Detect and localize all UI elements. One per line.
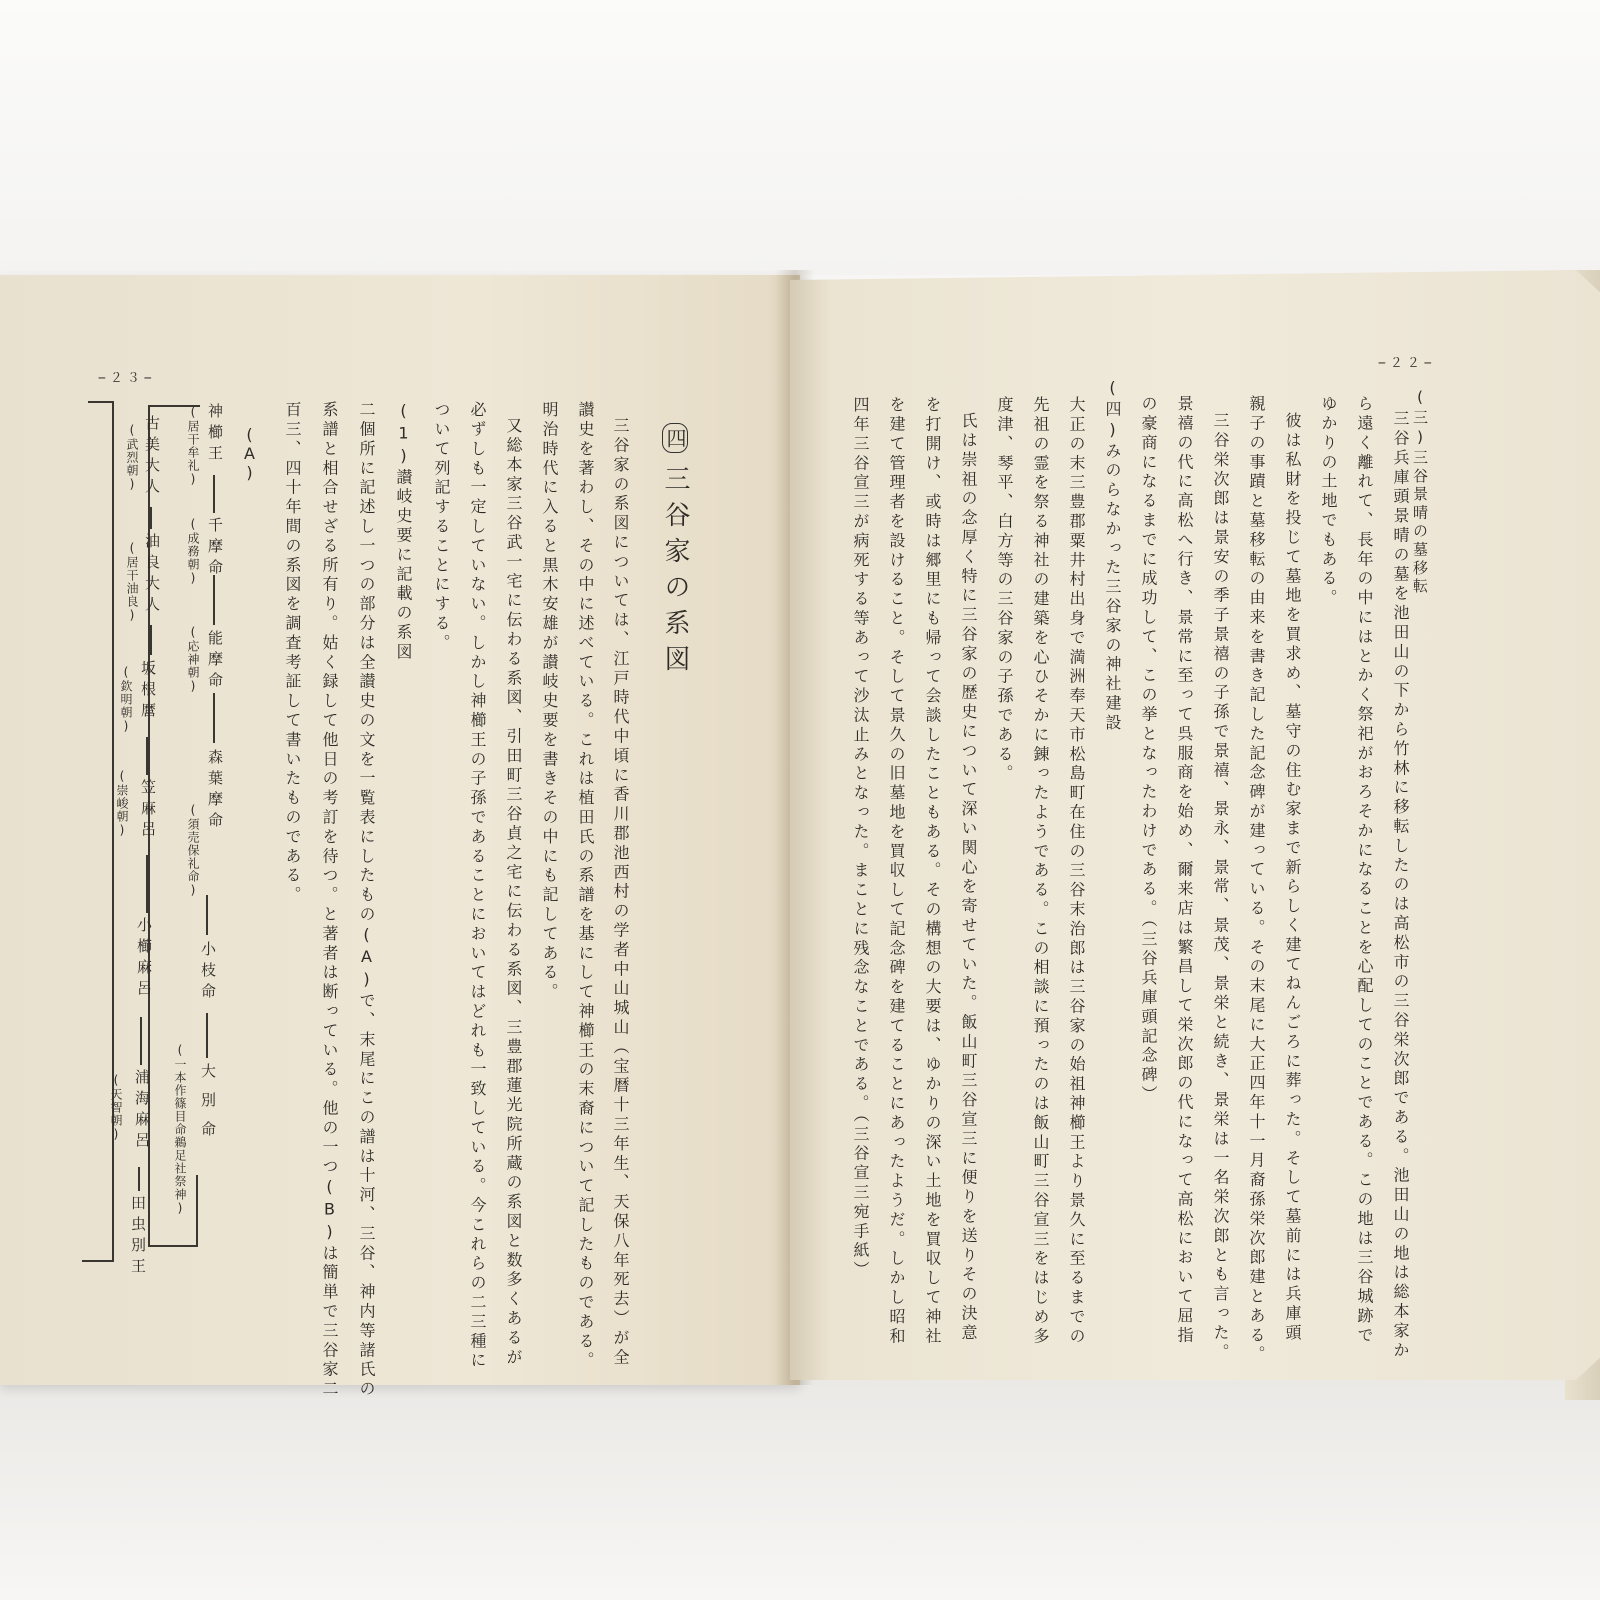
lineage-line xyxy=(206,1013,208,1058)
paragraph-line: 氏は崇祖の念厚く特に三谷家の歴史について深い関心を寄せていた。飯山町三谷宣三に便… xyxy=(960,412,976,1343)
lineage-line xyxy=(213,693,215,743)
chart-label: (A) xyxy=(240,425,259,482)
ancestor-note: (武烈朝) xyxy=(124,423,141,492)
lineage-line xyxy=(150,625,152,655)
section-number: 四 xyxy=(662,423,688,453)
background-bottom xyxy=(0,1380,1600,1600)
page-number-left: −２３− xyxy=(98,367,156,386)
lineage-connector xyxy=(82,1260,114,1262)
lineage-line xyxy=(213,475,215,513)
subsection-heading: (1)讃岐史要に記載の系図 xyxy=(395,401,411,662)
paragraph-line: 明治時代に入ると黒木安雄が讃岐史要を書きその中にも記してある。 xyxy=(541,401,557,1002)
ancestor-name: 千摩命 xyxy=(205,517,226,580)
lineage-line xyxy=(138,1167,140,1191)
paragraph-line: 大正の末三豊郡粟井村出身で満洲奉天市松島町在住の三谷末治郎は三谷家の始祖神櫛王よ… xyxy=(1068,396,1084,1347)
lineage-connector xyxy=(88,401,114,403)
section-title: 三谷家の系図 xyxy=(660,465,690,681)
ancestor-name: 能摩命 xyxy=(205,630,226,693)
paragraph-line: 親子の事蹟と墓移転の由来を書き記した記念碑が建っている。その末尾に大正四年十一月… xyxy=(1248,395,1264,1365)
ancestor-name: 小枝命 xyxy=(198,941,219,1004)
paragraph-line: 三谷栄次郎は景安の季子景禧の子孫で景禧、景永、景常、景茂、景栄と続き、景栄は一名… xyxy=(1212,412,1228,1363)
paragraph-line: ら遠く離れて、長年の中にはとかく祭祀がおろそかになることを心配してのことである。… xyxy=(1356,395,1372,1346)
open-book: −２３− 四三谷家の系図 三谷家の系図については、江戸時代中頃に香川郡池西村の学… xyxy=(0,270,1600,1405)
ancestor-name: 大別命 xyxy=(198,1063,219,1150)
lineage-line xyxy=(150,507,152,529)
left-page: −２３− 四三谷家の系図 三谷家の系図については、江戸時代中頃に香川郡池西村の学… xyxy=(0,275,800,1385)
ancestor-name: 古美大人 xyxy=(142,415,163,499)
lineage-connector xyxy=(148,1245,198,1247)
paragraph-line: 度津、琴平、白方等の三谷家の子孫である。 xyxy=(996,396,1012,784)
ancestor-name: 坂根麿 xyxy=(138,660,159,723)
ancestor-name: 神櫛王 xyxy=(205,403,226,466)
paragraph-line: 系譜と相合せざる所有り。姑く録して他日の考訂を待つ。と著者は断っている。他の一つ… xyxy=(321,401,337,1399)
lineage-connector xyxy=(148,405,200,407)
right-page: −２２− (三)三谷景晴の墓移転 三谷兵庫頭景晴の墓を池田山の下から竹林に移転し… xyxy=(790,270,1600,1380)
ancestor-name: 笠麻呂 xyxy=(138,779,159,842)
ancestor-name: 小櫛麻呂 xyxy=(134,917,155,1001)
ancestor-note: (居干油良) xyxy=(124,541,141,623)
ancestor-name: 森葉摩命 xyxy=(205,749,226,833)
ancestor-name: 田虫別王 xyxy=(128,1195,149,1279)
ancestor-note: (崇峻朝) xyxy=(114,769,131,838)
ancestor-note: (欽明朝) xyxy=(118,665,135,734)
page-number-right: −２２− xyxy=(1378,352,1436,371)
paragraph-line: 三谷家の系図については、江戸時代中頃に香川郡池西村の学者中山城山（宝暦十三年生、… xyxy=(612,417,628,1368)
paragraph-line: 二個所に記述し一つの部分は全讃史の文を一覧表にしたもの(A)で、末尾にこの譜は十… xyxy=(358,401,374,1399)
lineage-line xyxy=(206,895,208,935)
paragraph-line: 又総本家三谷武一宅に伝わる系図、引田町三谷貞之宅に伝わる系図、三豊郡蓮光院所蔵の… xyxy=(505,417,521,1368)
ancestor-note: (天智朝) xyxy=(108,1073,125,1142)
ancestor-note: (一本作篠目命鵜足社祭神) xyxy=(172,1043,189,1216)
section-heading: (三)三谷景晴の墓移転 xyxy=(1412,388,1427,596)
paragraph-line: 必ずしも一定していない。しかし神櫛王の子孫であることにおいてはどれも一致している… xyxy=(469,401,485,1371)
paragraph-line: 讃史を著わし、その中に述べている。これは植田氏の系譜を基にして神櫛王の末裔につい… xyxy=(577,401,593,1371)
paragraph-line: 先祖の霊を祭る神社の建築を心ひそかに錬ったようである。この相談に預ったのは飯山町… xyxy=(1032,396,1048,1347)
ancestor-note: (応神朝) xyxy=(185,625,202,694)
paragraph-line: を建て管理者を設けること。そして景久の旧墓地を買収して記念碑を建てることにあった… xyxy=(888,396,904,1347)
lineage-line xyxy=(196,1175,198,1247)
section-heading: (四)みのらなかった三谷家の神社建設 xyxy=(1104,378,1120,733)
paragraph-line: を打開け、或時は郷里にも帰って会談したこともある。その構想の大要は、ゆかりの深い… xyxy=(924,396,940,1347)
ancestor-note: (須売保礼命) xyxy=(185,803,202,898)
paragraph-line: ついて列記することにする。 xyxy=(433,401,449,653)
lineage-line xyxy=(146,737,148,775)
paragraph-line: 彼は私財を投じて墓地を買求め、墓守の住む家まで新らしく建てねんごろに葬った。そし… xyxy=(1284,412,1300,1343)
lineage-line xyxy=(146,855,148,913)
paragraph-line: 百三、四十年間の系図を調査考証して書いたものである。 xyxy=(284,401,300,905)
ancestor-note: (成務朝) xyxy=(185,517,202,586)
background-top xyxy=(0,0,1600,275)
lineage-line xyxy=(213,575,215,625)
paragraph-line: ゆかりの土地でもある。 xyxy=(1320,395,1336,608)
section-heading: 四三谷家の系図 xyxy=(662,423,688,681)
paragraph-line: 景禧の代に高松へ行き、景常に至って呉服商を始め、爾来店は繁昌して栄次郎の代になっ… xyxy=(1176,395,1192,1346)
ancestor-name: 油良大人 xyxy=(142,533,163,617)
paragraph-line: の豪商になるまでに成功して、この挙となったわけである。（三谷兵庫頭記念碑） xyxy=(1140,395,1156,1105)
paragraph-line: 四年三谷宣三が病死する等あって沙汰止みとなった。まことに残念なことである。（三谷… xyxy=(852,396,868,1280)
paragraph-line: 三谷兵庫頭景晴の墓を池田山の下から竹林に移転したのは高松市の三谷栄次郎である。池… xyxy=(1392,410,1408,1361)
ancestor-name: 浦海麻呂 xyxy=(132,1069,153,1153)
lineage-line xyxy=(140,1017,142,1065)
ancestor-note: (居干牟礼) xyxy=(185,405,202,487)
